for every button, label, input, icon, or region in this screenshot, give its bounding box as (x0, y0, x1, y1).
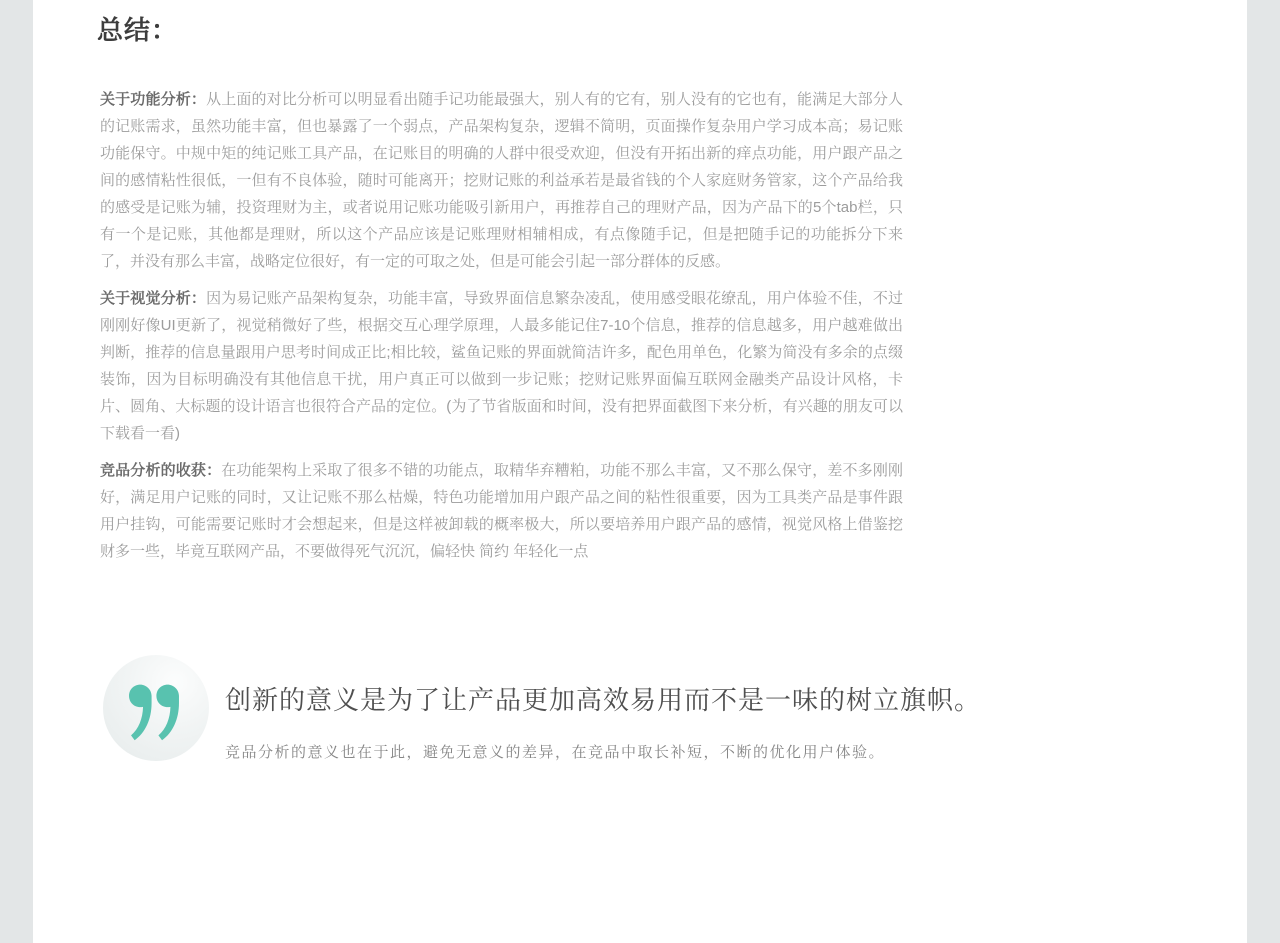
paragraph-visual-analysis: 关于视觉分析：因为易记账产品架构复杂，功能丰富，导致界面信息繁杂凌乱，使用感受眼… (100, 285, 903, 447)
paragraph-function-analysis: 关于功能分析：从上面的对比分析可以明显看出随手记功能最强大，别人有的它有，别人没… (100, 86, 903, 275)
paragraph-text: 因为易记账产品架构复杂，功能丰富，导致界面信息繁杂凌乱，使用感受眼花缭乱，用户体… (100, 290, 903, 442)
paragraph-label: 竞品分析的收获： (100, 462, 221, 479)
content-area: 总结： 关于功能分析：从上面的对比分析可以明显看出随手记功能最强大，别人有的它有… (33, 0, 1247, 943)
quote-sub-text: 竞品分析的意义也在于此，避免无意义的差异，在竞品中取长补短，不断的优化用户体验。 (225, 741, 981, 762)
paragraph-label: 关于视觉分析： (100, 290, 206, 307)
paragraph-competitive-takeaways: 竞品分析的收获：在功能架构上采取了很多不错的功能点，取精华弃糟粕，功能不那么丰富… (100, 457, 903, 565)
quote-main-text: 创新的意义是为了让产品更加高效易用而不是一味的树立旗帜。 (225, 680, 981, 717)
page: 总结： 关于功能分析：从上面的对比分析可以明显看出随手记功能最强大，别人有的它有… (0, 0, 1280, 943)
summary-paragraphs: 关于功能分析：从上面的对比分析可以明显看出随手记功能最强大，别人有的它有，别人没… (100, 86, 903, 575)
paragraph-text: 在功能架构上采取了很多不错的功能点，取精华弃糟粕，功能不那么丰富，又不那么保守，… (100, 462, 903, 560)
quote-texts: 创新的意义是为了让产品更加高效易用而不是一味的树立旗帜。 竞品分析的意义也在于此… (225, 655, 981, 762)
quote-block: 创新的意义是为了让产品更加高效易用而不是一味的树立旗帜。 竞品分析的意义也在于此… (103, 655, 981, 762)
quote-icon-circle (103, 655, 209, 761)
paragraph-label: 关于功能分析： (100, 91, 206, 108)
page-title: 总结： (97, 10, 178, 47)
quotation-marks-icon (127, 683, 181, 741)
paragraph-text: 从上面的对比分析可以明显看出随手记功能最强大，别人有的它有，别人没有的它也有，能… (100, 91, 903, 270)
